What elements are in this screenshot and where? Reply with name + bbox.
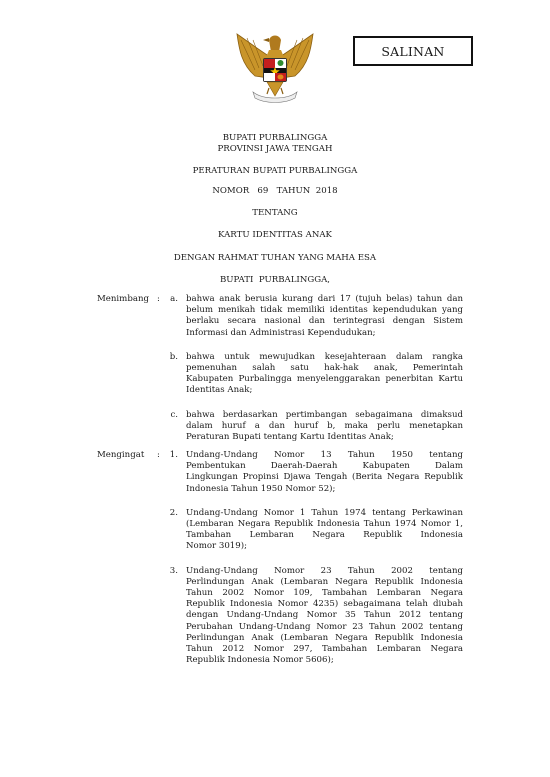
mengingat-colon: : bbox=[157, 450, 160, 461]
invocation: DENGAN RAHMAT TUHAN YANG MAHA ESA bbox=[0, 253, 550, 264]
menimbang-item-text: bahwa berdasarkan pertimbangan sebagaima… bbox=[186, 410, 463, 444]
mengingat-label: Mengingat bbox=[97, 450, 144, 461]
header-title-line2: PROVINSI JAWA TENGAH bbox=[0, 144, 550, 155]
document-page: SALINAN BUPATI PURBALINGGA PROVINSI JAWA… bbox=[0, 0, 550, 777]
text-line: Undang-Undang Nomor 23 Tahun 2002 tentan… bbox=[186, 566, 463, 577]
menimbang-item-marker: a. bbox=[164, 294, 178, 305]
text-line: Identitas Anak; bbox=[186, 385, 463, 396]
text-line: Perlindungan Anak (Lembaran Negara Repub… bbox=[186, 633, 463, 644]
salinan-stamp: SALINAN bbox=[353, 36, 473, 66]
menimbang-item-text: bahwa untuk mewujudkan kesejahteraan dal… bbox=[186, 352, 463, 397]
text-line: Informasi dan Administrasi Kependudukan; bbox=[186, 328, 463, 339]
menimbang-item-marker: c. bbox=[164, 410, 178, 421]
text-line: Tambahan Lembaran Negara Republik Indone… bbox=[186, 530, 463, 541]
header-title-line1: BUPATI PURBALINGGA bbox=[0, 133, 550, 144]
regulation-subject: KARTU IDENTITAS ANAK bbox=[0, 230, 550, 241]
text-line: berlaku secara nasional dan terintegrasi… bbox=[186, 316, 463, 327]
regulation-title: PERATURAN BUPATI PURBALINGGA bbox=[0, 166, 550, 177]
text-line: bahwa berdasarkan pertimbangan sebagaima… bbox=[186, 410, 463, 421]
mengingat-item-marker: 3. bbox=[164, 566, 178, 577]
garuda-emblem-icon bbox=[229, 30, 321, 108]
menimbang-colon: : bbox=[157, 294, 160, 305]
regulation-number: NOMOR 69 TAHUN 2018 bbox=[0, 186, 550, 197]
mengingat-item-marker: 2. bbox=[164, 508, 178, 519]
text-line: Indonesia Tahun 1950 Nomor 52); bbox=[186, 484, 463, 495]
text-line: Kabupaten Purbalingga menyelenggarakan p… bbox=[186, 374, 463, 385]
text-line: dalam huruf a dan huruf b, maka perlu me… bbox=[186, 421, 463, 432]
issuer: BUPATI PURBALINGGA, bbox=[0, 275, 550, 286]
text-line: bahwa anak berusia kurang dari 17 (tujuh… bbox=[186, 294, 463, 305]
text-line: Perubahan Undang-Undang Nomor 23 Tahun 2… bbox=[186, 622, 463, 633]
about-heading: TENTANG bbox=[0, 208, 550, 219]
mengingat-item-marker: 1. bbox=[164, 450, 178, 461]
text-line: Lingkungan Propinsi Djawa Tengah (Berita… bbox=[186, 472, 463, 483]
text-line: Tahun 2012 Nomor 297, Tambahan Lembaran … bbox=[186, 644, 463, 655]
text-line: Republik Indonesia Nomor 4235) sebagaima… bbox=[186, 599, 463, 610]
mengingat-item-text: Undang-Undang Nomor 23 Tahun 2002 tentan… bbox=[186, 566, 463, 667]
text-line: belum menikah tidak memiliki identitas k… bbox=[186, 305, 463, 316]
menimbang-label: Menimbang bbox=[97, 294, 149, 305]
text-line: Tahun 2002 Nomor 109, Tambahan Lembaran … bbox=[186, 588, 463, 599]
text-line: Peraturan Bupati tentang Kartu Identitas… bbox=[186, 432, 463, 443]
menimbang-item-text: bahwa anak berusia kurang dari 17 (tujuh… bbox=[186, 294, 463, 339]
mengingat-item-text: Undang-Undang Nomor 13 Tahun 1950 tentan… bbox=[186, 450, 463, 495]
text-line: Pembentukan Daerah-Daerah Kabupaten Dala… bbox=[186, 461, 463, 472]
text-line: Undang-Undang Nomor 1 Tahun 1974 tentang… bbox=[186, 508, 463, 519]
text-line: pemenuhan salah satu hak-hak anak, Pemer… bbox=[186, 363, 463, 374]
menimbang-item-marker: b. bbox=[164, 352, 178, 363]
text-line: Perlindungan Anak (Lembaran Negara Repub… bbox=[186, 577, 463, 588]
text-line: Nomor 3019); bbox=[186, 541, 463, 552]
mengingat-item-text: Undang-Undang Nomor 1 Tahun 1974 tentang… bbox=[186, 508, 463, 553]
text-line: bahwa untuk mewujudkan kesejahteraan dal… bbox=[186, 352, 463, 363]
text-line: Undang-Undang Nomor 13 Tahun 1950 tentan… bbox=[186, 450, 463, 461]
text-line: (Lembaran Negara Republik Indonesia Tahu… bbox=[186, 519, 463, 530]
text-line: dengan Undang-Undang Nomor 35 Tahun 2012… bbox=[186, 610, 463, 621]
text-line: Republik Indonesia Nomor 5606); bbox=[186, 655, 463, 666]
